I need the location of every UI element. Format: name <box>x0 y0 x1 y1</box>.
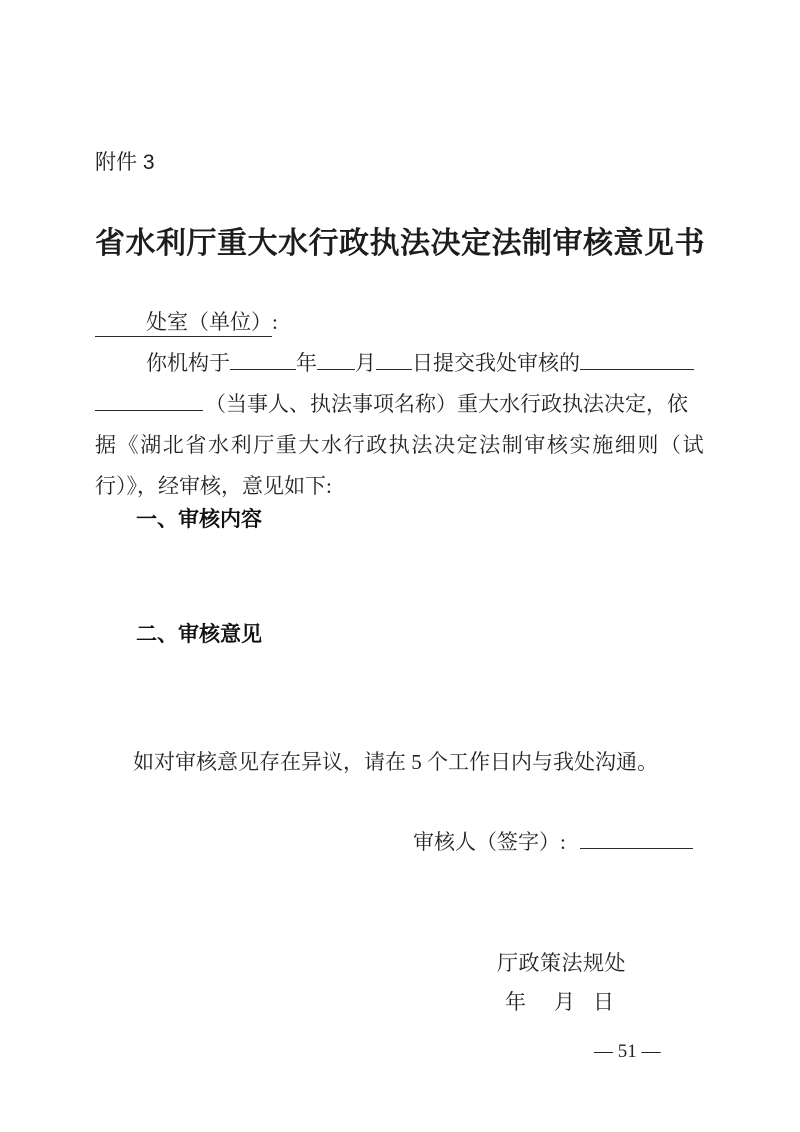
signature-blank-field <box>580 828 693 849</box>
department-name: 厅政策法规处 <box>497 947 626 977</box>
day-rest-text: 日提交我处审核的 <box>412 351 580 375</box>
date-month-label: 月 <box>554 990 575 1014</box>
addressee-colon: : <box>272 310 278 334</box>
subject-text: （当事人、执法事项名称）重大水行政执法决定，依 <box>205 392 688 416</box>
opening-text: 你机构于 <box>146 351 230 375</box>
body-line-basis: 据《湖北省水利厅重大水行政执法决定法制审核实施细则（试 <box>95 429 705 459</box>
month-blank-field <box>317 349 355 370</box>
date-year-label: 年 <box>505 990 526 1014</box>
body-line-subject: （当事人、执法事项名称）重大水行政执法决定，依 <box>95 388 688 418</box>
signer-line: 审核人（签字）: <box>413 826 693 856</box>
subject-blank-field-1 <box>580 349 694 370</box>
year-label: 年 <box>296 351 317 375</box>
body-line-submission: 你机构于年月日提交我处审核的 <box>95 347 694 377</box>
page-number: — 51 — <box>594 1041 661 1063</box>
subject-blank-field-2 <box>95 390 203 411</box>
day-blank-field <box>376 349 412 370</box>
document-title: 省水利厅重大水行政执法决定法制审核意见书 <box>0 218 800 262</box>
body-line-conclusion: 行）》，经审核，意见如下: <box>95 470 332 500</box>
addressee-label: 处室（单位） <box>146 310 272 334</box>
month-label: 月 <box>355 351 376 375</box>
document-page: 附件 3 省水利厅重大水行政执法决定法制审核意见书 处室（单位）: 你机构于年月… <box>0 0 800 1132</box>
addressee-line: 处室（单位）: <box>95 306 278 337</box>
attachment-label: 附件 3 <box>95 146 155 176</box>
year-blank-field <box>230 349 296 370</box>
objection-note: 如对审核意见存在异议，请在 5 个工作日内与我处沟通。 <box>133 746 658 776</box>
section-heading-review-content: 一、审核内容 <box>136 503 262 533</box>
date-line: 年月日 <box>505 986 614 1016</box>
addressee-underlined: 处室（单位） <box>95 306 272 337</box>
section-heading-review-opinion: 二、审核意见 <box>136 618 262 648</box>
date-day-label: 日 <box>593 990 614 1014</box>
signer-label: 审核人（签字）: <box>413 830 566 854</box>
